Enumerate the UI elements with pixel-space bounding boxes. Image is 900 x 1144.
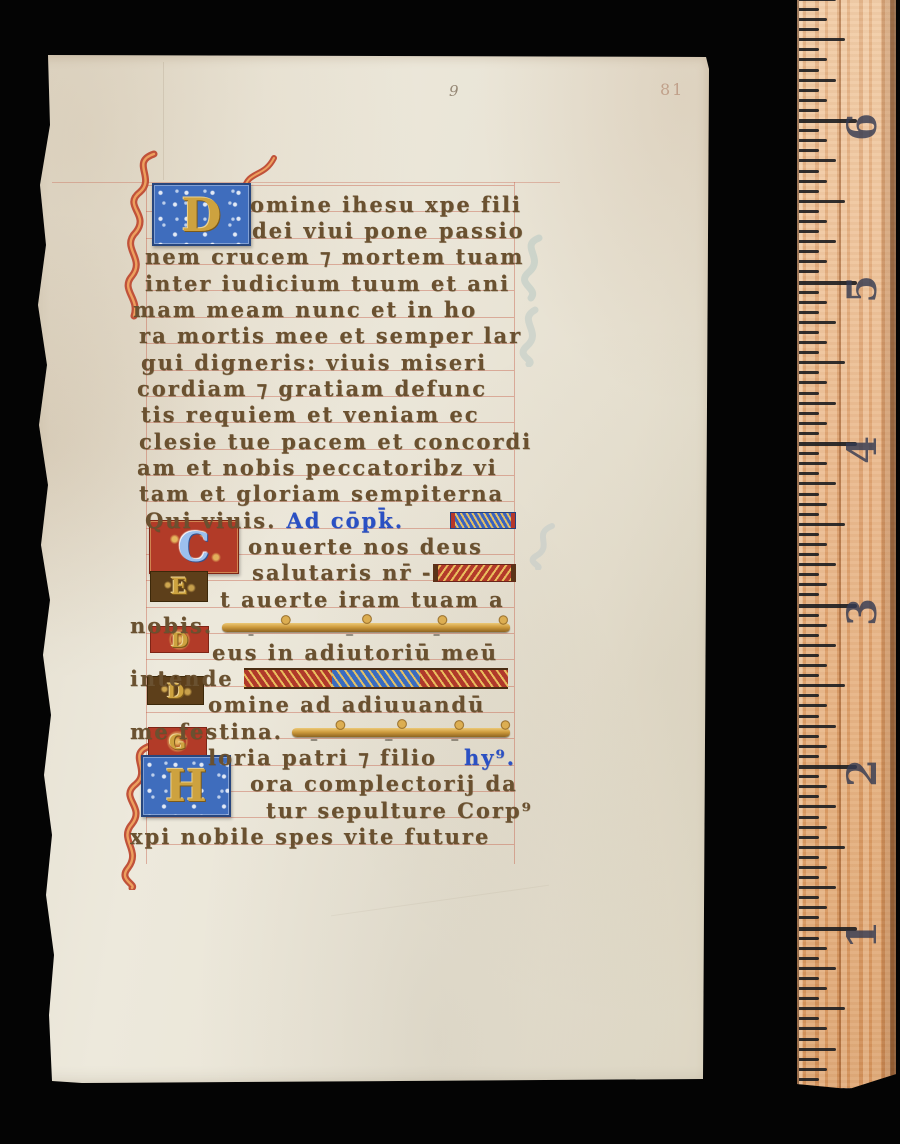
ruler-tick (799, 523, 845, 526)
ruler-tick (799, 725, 836, 728)
ruler-number: 4 (841, 429, 883, 471)
body-text: eus in adiutoriū meū (212, 639, 498, 666)
ruler-tick (799, 937, 819, 940)
text-line: ra mortis mee et semper lar (139, 322, 516, 349)
ruler-tick (799, 321, 836, 324)
initial-letter: D (182, 188, 222, 242)
ruler-tick (799, 826, 827, 829)
line-filler-baton (292, 719, 512, 743)
ruler-tick (799, 381, 827, 384)
ruler-tick (799, 48, 819, 51)
ruler-tick (799, 1007, 845, 1010)
text-line: omine ihesu xpe fili (250, 191, 516, 218)
body-text: ra mortis mee et semper lar (139, 322, 522, 349)
ruler-tick (799, 644, 836, 647)
ruler-tick (799, 402, 836, 405)
ruler-tick (799, 947, 827, 950)
body-text: nem crucem ⁊ mortem tuam (145, 243, 524, 270)
ruler-tick (799, 614, 819, 617)
text-line: t auerte iram tuam a (220, 586, 516, 613)
ruler-tick (799, 159, 836, 162)
ruler-tick (799, 149, 819, 152)
ruler-number: 2 (841, 752, 883, 794)
ruler-tick (799, 805, 836, 808)
text-line: ora complectorij da (250, 770, 516, 797)
ruler-tick (799, 58, 827, 61)
body-text: omine ad adiuuandū (208, 691, 485, 718)
illuminated-initial-d: D (152, 183, 251, 246)
body-text: am et nobis peccatoribz vi (137, 454, 498, 481)
ruler-tick (799, 886, 836, 889)
text-line: mam meam nunc et in ho (133, 296, 516, 323)
body-text: omine ihesu xpe fili (250, 191, 522, 218)
ruler-tick (799, 260, 827, 263)
ruler-tick (799, 967, 836, 970)
ruler-tick (799, 109, 819, 112)
ruler-tick (799, 1088, 857, 1092)
ruler-tick (799, 220, 827, 223)
body-text: intende (130, 665, 234, 692)
ruler-tick (799, 230, 819, 233)
ruler-tick (799, 1068, 827, 1071)
body-text: clesie tue pacem et concordi (139, 428, 532, 455)
text-line: tam et gloriam sempiterna (139, 480, 516, 507)
text-line: inter iudicium tuum et ani (145, 270, 516, 297)
ruler-tick (799, 846, 845, 849)
ruler-tick (799, 331, 819, 334)
ruler-tick (799, 755, 819, 758)
ruler-tick (799, 482, 836, 485)
text-line: nem crucem ⁊ mortem tuam (145, 243, 516, 270)
ruler-number: 6 (841, 106, 883, 148)
ruler-tick (799, 1078, 819, 1081)
showthrough-flourish (516, 522, 561, 570)
initial-letter: H (165, 761, 207, 812)
ruler-tick (799, 493, 819, 496)
ruler-tick (799, 704, 827, 707)
ruler-tick (799, 170, 819, 173)
ruler-tick (799, 28, 819, 31)
ruler-tick (799, 291, 819, 294)
ruler-tick (799, 371, 819, 374)
ruler-tick (799, 412, 819, 415)
ruler-tick (799, 432, 819, 435)
ruler-tick (799, 735, 819, 738)
text-line: nobis. (130, 612, 516, 639)
photo-stage: 9 81 DCEDDGH omine ihesu xpe filidei viu… (0, 0, 900, 1144)
ruler-tick (799, 190, 819, 193)
ruler-tick (799, 462, 827, 465)
ruler-tick (799, 634, 819, 637)
text-line: cordiam ⁊ gratiam defunc (137, 375, 516, 402)
text-line: omine ad adiuuandū (208, 691, 516, 718)
line-filler-bluebraid (450, 512, 516, 529)
text-line: xpi nobile spes vite future (130, 823, 516, 850)
ruler-tick (799, 1027, 827, 1030)
body-text: inter iudicium tuum et ani (145, 270, 510, 297)
ruler-tick (799, 816, 819, 819)
text-line: onuerte nos deus (248, 533, 516, 560)
body-text: nobis. (130, 612, 213, 639)
ruler-tick (799, 311, 819, 314)
ruler-number: 1 (841, 914, 883, 956)
ruler-tick (799, 694, 819, 697)
ruler-tick (799, 422, 827, 425)
text-line: loria patri ⁊ filiohy⁹. (208, 744, 516, 771)
body-text: ora complectorij da (250, 770, 518, 797)
ruler: 123456 (797, 0, 896, 1092)
folio-number: 81 (660, 80, 684, 99)
ruler-tick (799, 210, 819, 213)
text-line: gui digneris: viuis miseri (141, 349, 516, 376)
ruler-tick (799, 876, 819, 879)
ruler-tick (799, 1017, 819, 1020)
ruler-number: 3 (841, 591, 883, 633)
ruler-tick (799, 987, 827, 990)
body-text: t auerte iram tuam a (220, 586, 505, 613)
body-text: loria patri ⁊ filio (208, 744, 437, 771)
initial-letter: E (171, 574, 188, 600)
ruler-tick (799, 0, 836, 1)
ruler-tick (799, 69, 819, 72)
ruler-tick (799, 1038, 819, 1041)
body-text: xpi nobile spes vite future (130, 823, 490, 850)
ruler-tick (799, 180, 827, 183)
body-text: mam meam nunc et in ho (133, 296, 477, 323)
ruler-tick (799, 624, 827, 627)
body-text: dei viui pone passio (252, 217, 525, 244)
body-text: Qui viuis. (145, 507, 276, 534)
ruler-tick (799, 533, 819, 536)
ruler-tick (799, 745, 827, 748)
ruler-tick (799, 240, 836, 243)
ruler-tick (799, 573, 819, 576)
text-line: clesie tue pacem et concordi (139, 428, 516, 455)
ruler-tick (799, 684, 845, 687)
rubric-text: hy⁹. (464, 744, 516, 771)
ruler-tick (799, 866, 827, 869)
illuminated-initial-e: E (150, 571, 208, 602)
ruler-tick (799, 856, 819, 859)
ruler-tick (799, 351, 819, 354)
ruler-tick (799, 593, 819, 596)
text-line: salutaris nr̄ - (252, 559, 516, 586)
line-filler-baton (222, 614, 512, 638)
ruler-tick (799, 89, 819, 92)
text-line: tur sepulture Corp⁹ (266, 797, 516, 824)
body-text: salutaris nr̄ - (252, 559, 433, 586)
ruler-tick (799, 664, 827, 667)
body-text: onuerte nos deus (248, 533, 483, 560)
ruler-tick (799, 997, 819, 1000)
ruler-tick (799, 452, 819, 455)
text-line: am et nobis peccatoribz vi (137, 454, 516, 481)
ruler-tick (799, 654, 819, 657)
ruler-tick (799, 79, 836, 82)
ruler-tick (799, 896, 819, 899)
ruler-tick (799, 18, 827, 21)
ruler-tick (799, 513, 819, 516)
ruler-tick (799, 674, 819, 677)
ruler-tick (799, 906, 827, 909)
line-filler-triband (244, 668, 508, 689)
ruler-tick (799, 270, 819, 273)
ruler-tick (799, 916, 819, 919)
ruler-tick (799, 392, 819, 395)
text-line: intende (130, 665, 516, 692)
ruler-tick (799, 139, 827, 142)
ruler-tick (799, 361, 845, 364)
ruler-tick (799, 795, 819, 798)
text-line: tis requiem et veniam ec (141, 401, 516, 428)
text-line: dei viui pone passio (252, 217, 516, 244)
ruler-tick (799, 301, 827, 304)
body-text: gui digneris: viuis miseri (141, 349, 487, 376)
ruler-tick (799, 785, 827, 788)
ruler-tick (799, 836, 819, 839)
top-mark: 9 (449, 82, 459, 100)
text-line: me festina. (130, 718, 516, 745)
ruler-tick (799, 957, 819, 960)
ruler-tick (799, 99, 827, 102)
ruler-tick (799, 129, 819, 132)
body-text: me festina. (130, 718, 283, 745)
body-text: cordiam ⁊ gratiam defunc (137, 375, 487, 402)
ruler-tick (799, 583, 827, 586)
ruler-tick (799, 503, 827, 506)
ruler-tick (799, 472, 819, 475)
ruler-number: 5 (841, 268, 883, 310)
ruler-tick (799, 543, 827, 546)
body-text: tur sepulture Corp⁹ (266, 797, 533, 824)
ruler-tick (799, 553, 819, 556)
rubric-text: Ad cōpk̄. (286, 507, 404, 534)
ruler-tick (799, 563, 836, 566)
ruler-tick (799, 1048, 836, 1051)
line-filler-redscroll (433, 564, 516, 582)
ruler-tick (799, 341, 827, 344)
ruler-tick (799, 250, 819, 253)
ruler-tick (799, 200, 845, 203)
text-line: Qui viuis.Ad cōpk̄. (145, 507, 516, 534)
ruler-tick (799, 1058, 819, 1061)
body-text: tam et gloriam sempiterna (139, 480, 504, 507)
ruler-tick (799, 977, 819, 980)
ruler-tick (799, 775, 819, 778)
text-line: eus in adiutoriū meū (212, 639, 516, 666)
ruler-tick (799, 715, 819, 718)
body-text: tis requiem et veniam ec (141, 401, 480, 428)
ruler-tick (799, 8, 819, 11)
ruler-tick (799, 38, 845, 41)
